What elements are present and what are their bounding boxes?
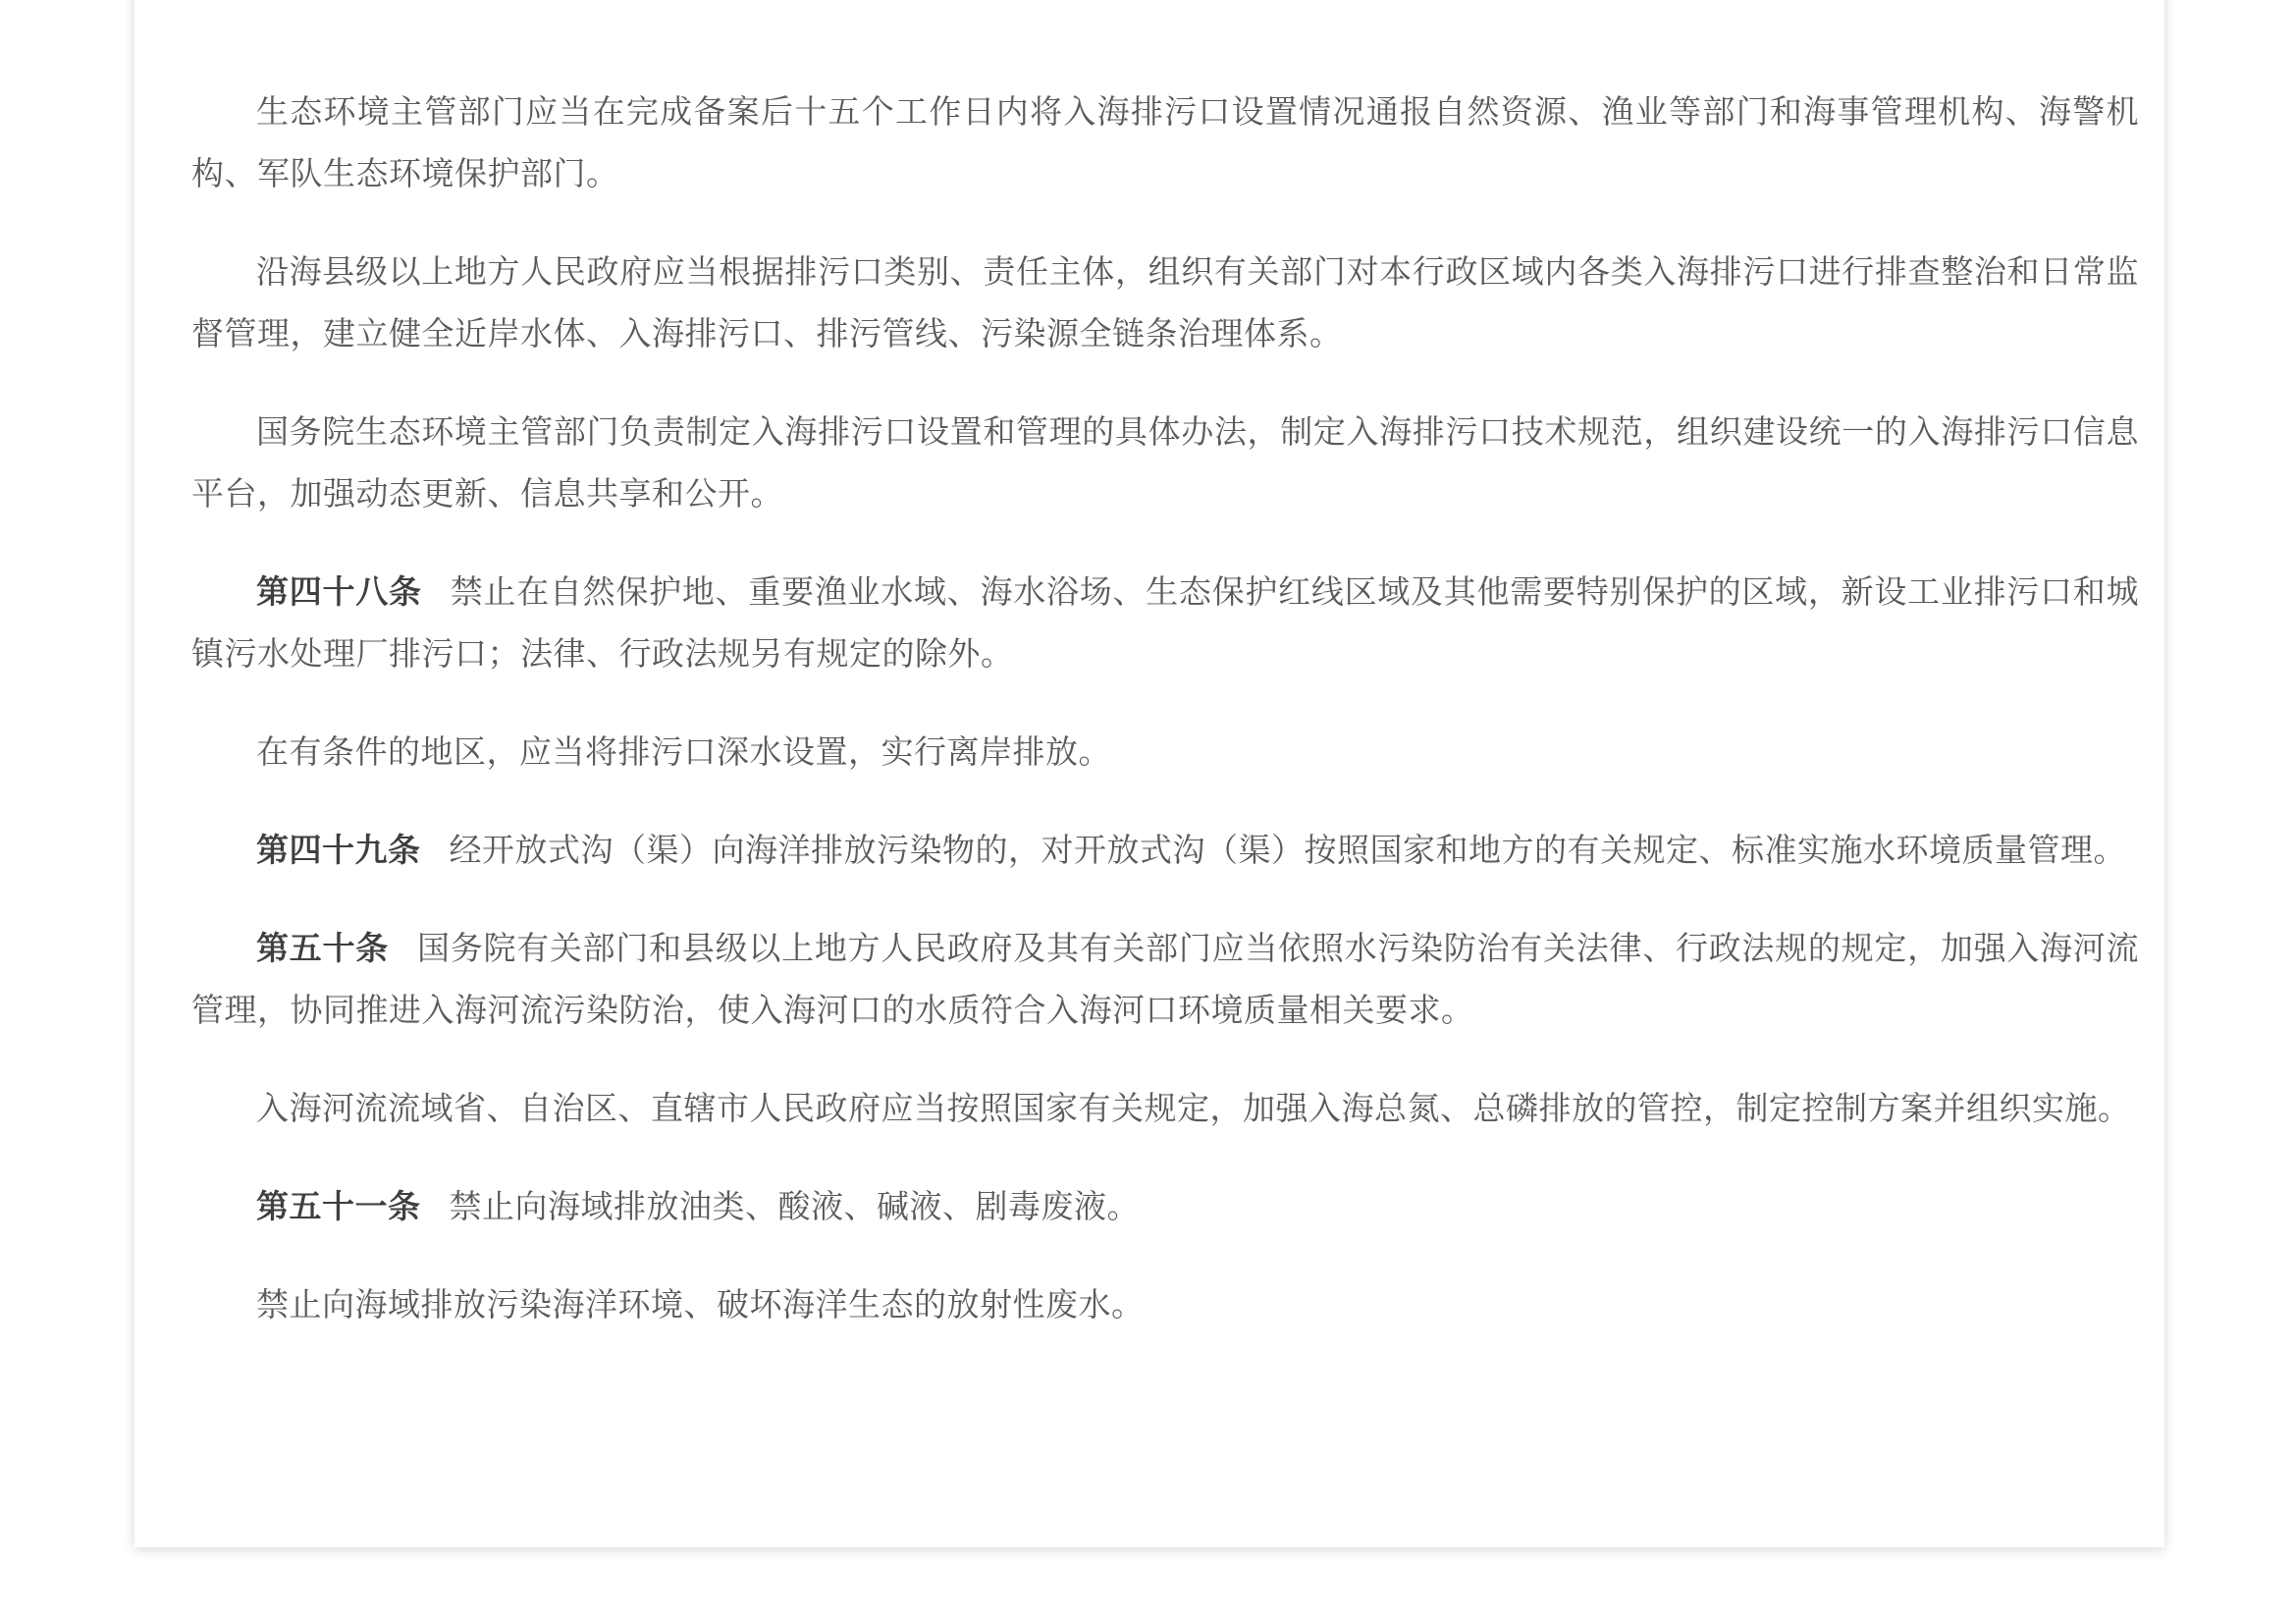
paragraph-text: 禁止在自然保护地、重要渔业水域、海水浴场、生态保护红线区域及其他需要特别保护的区… xyxy=(191,573,2139,672)
paragraph-10: 禁止向海域排放污染海洋环境、破坏海洋生态的放射性废水。 xyxy=(191,1273,2139,1335)
page-background: 生态环境主管部门应当在完成备案后十五个工作日内将入海排污口设置情况通报自然资源、… xyxy=(0,0,2296,1623)
paragraph-article-49: 第四十九条经开放式沟（渠）向海洋排放污染物的，对开放式沟（渠）按照国家和地方的有… xyxy=(191,819,2139,881)
paragraph-2: 沿海县级以上地方人民政府应当根据排污口类别、责任主体，组织有关部门对本行政区域内… xyxy=(191,241,2139,364)
article-number: 第五十一条 xyxy=(256,1188,421,1224)
paragraph-8: 入海河流流域省、自治区、直辖市人民政府应当按照国家有关规定，加强入海总氮、总磷排… xyxy=(191,1077,2139,1139)
paragraph-article-51: 第五十一条禁止向海域排放油类、酸液、碱液、剧毒废液。 xyxy=(191,1175,2139,1237)
paragraph-text: 入海河流流域省、自治区、直辖市人民政府应当按照国家有关规定，加强入海总氮、总磷排… xyxy=(256,1090,2131,1126)
paragraph-text: 国务院有关部门和县级以上地方人民政府及其有关部门应当依照水污染防治有关法律、行政… xyxy=(191,930,2139,1028)
article-number: 第四十九条 xyxy=(256,832,421,868)
paragraph-text: 禁止向海域排放油类、酸液、碱液、剧毒废液。 xyxy=(450,1188,1141,1224)
paragraph-5: 在有条件的地区，应当将排污口深水设置，实行离岸排放。 xyxy=(191,721,2139,783)
article-number: 第四十八条 xyxy=(256,573,422,610)
paragraph-1: 生态环境主管部门应当在完成备案后十五个工作日内将入海排污口设置情况通报自然资源、… xyxy=(191,81,2139,204)
paragraph-text: 沿海县级以上地方人民政府应当根据排污口类别、责任主体，组织有关部门对本行政区域内… xyxy=(191,253,2139,352)
paragraph-text: 禁止向海域排放污染海洋环境、破坏海洋生态的放射性废水。 xyxy=(256,1286,1145,1323)
paragraph-article-48: 第四十八条禁止在自然保护地、重要渔业水域、海水浴场、生态保护红线区域及其他需要特… xyxy=(191,561,2139,684)
paragraph-article-50: 第五十条国务院有关部门和县级以上地方人民政府及其有关部门应当依照水污染防治有关法… xyxy=(191,917,2139,1041)
paragraph-text: 国务院生态环境主管部门负责制定入海排污口设置和管理的具体办法，制定入海排污口技术… xyxy=(191,413,2139,512)
paragraph-3: 国务院生态环境主管部门负责制定入海排污口设置和管理的具体办法，制定入海排污口技术… xyxy=(191,401,2139,524)
paragraph-text: 经开放式沟（渠）向海洋排放污染物的，对开放式沟（渠）按照国家和地方的有关规定、标… xyxy=(450,832,2127,868)
article-number: 第五十条 xyxy=(256,930,389,966)
document-page: 生态环境主管部门应当在完成备案后十五个工作日内将入海排污口设置情况通报自然资源、… xyxy=(134,0,2164,1547)
document-body: 生态环境主管部门应当在完成备案后十五个工作日内将入海排污口设置情况通报自然资源、… xyxy=(134,0,2164,1335)
paragraph-text: 在有条件的地区，应当将排污口深水设置，实行离岸排放。 xyxy=(256,733,1111,770)
paragraph-text: 生态环境主管部门应当在完成备案后十五个工作日内将入海排污口设置情况通报自然资源、… xyxy=(191,93,2139,191)
